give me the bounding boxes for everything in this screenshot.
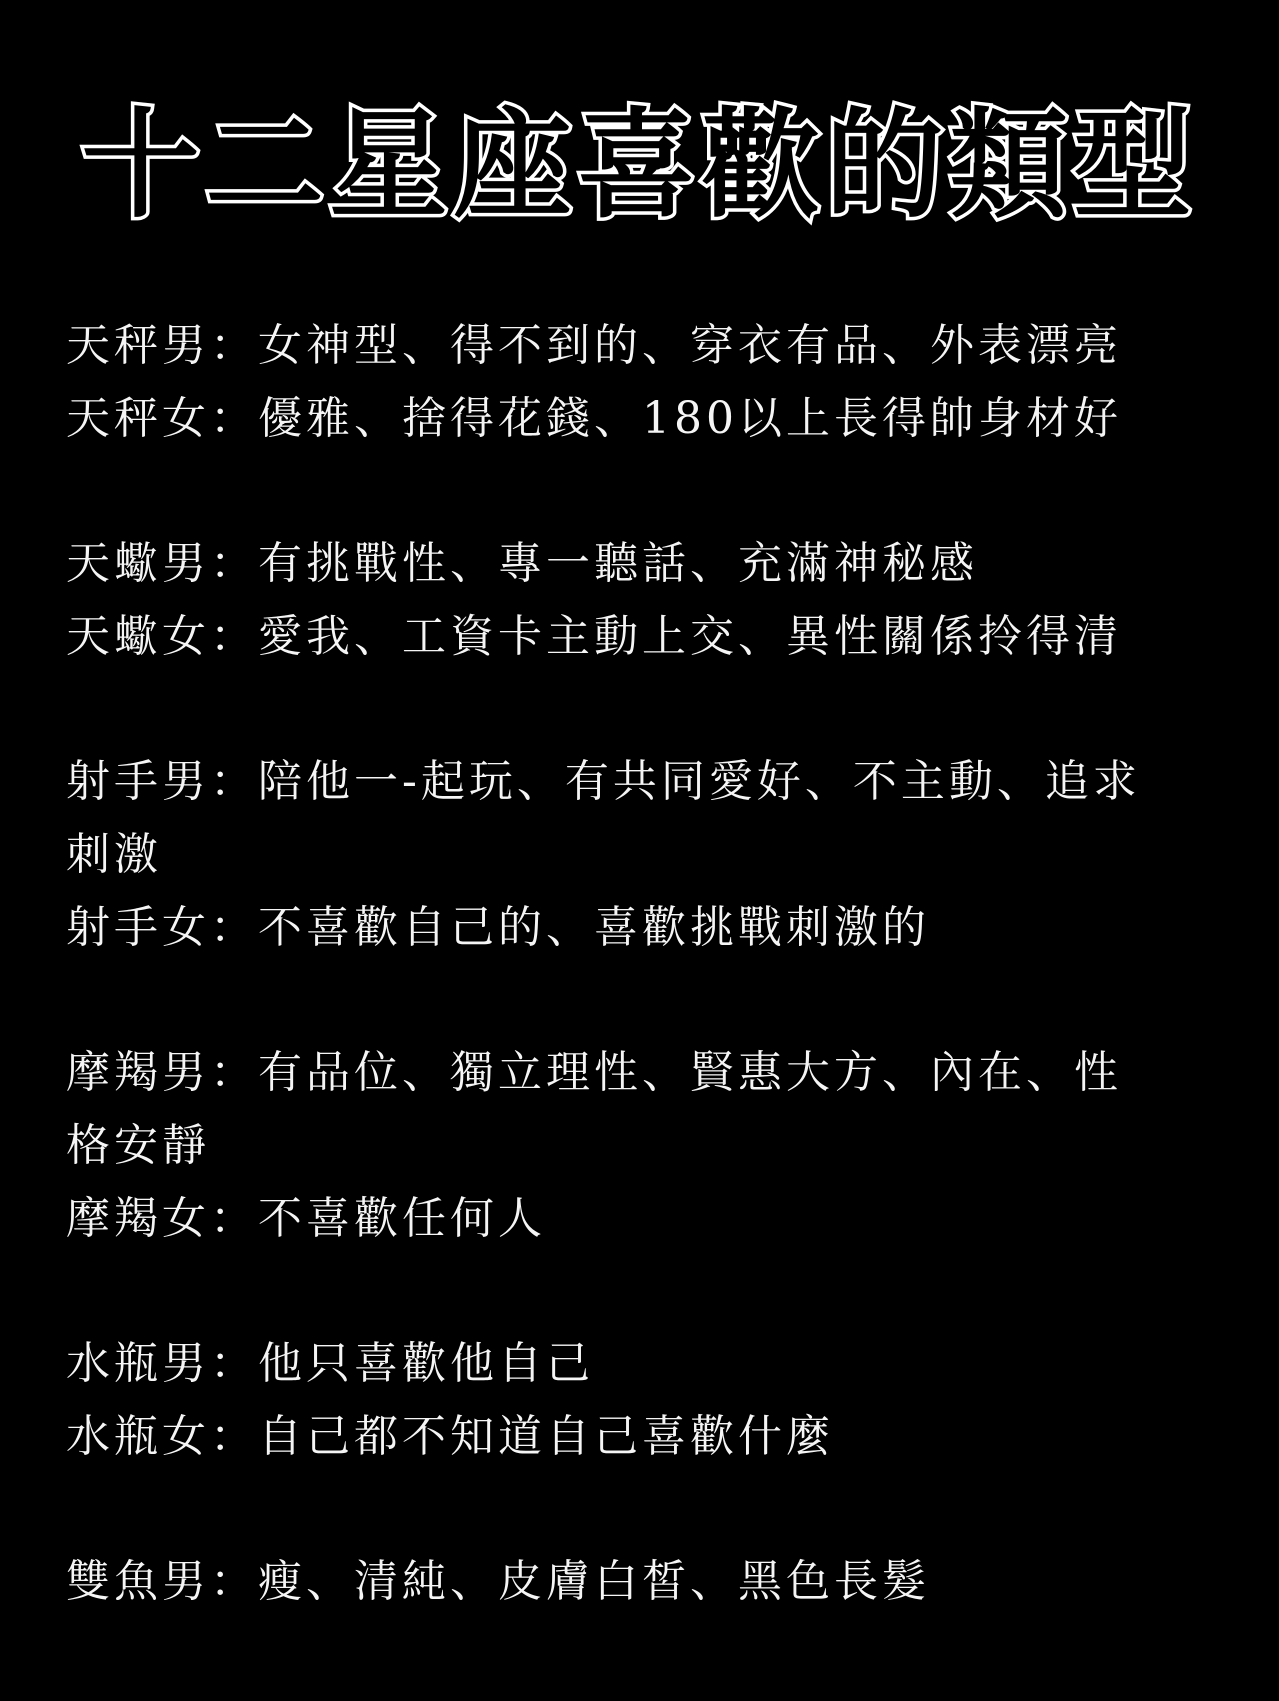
entry-separator: ： — [210, 1338, 258, 1389]
entry-label: 天秤男 — [66, 320, 210, 371]
entry-capricorn-male: 摩羯男：有品位、獨立理性、賢惠大方、內在、性 — [66, 1036, 1236, 1109]
entry-label: 射手男 — [66, 756, 210, 807]
entry-label: 水瓶女 — [66, 1411, 210, 1462]
entry-scorpio-female: 天蠍女：愛我、工資卡主動上交、異性關係拎得清 — [66, 600, 1236, 673]
entry-label: 天蠍女 — [66, 611, 210, 662]
entry-libra-female: 天秤女：優雅、捨得花錢、180以上長得帥身材好 — [66, 382, 1236, 455]
entry-separator: ： — [210, 611, 258, 662]
entry-description: 愛我、工資卡主動上交、異性關係拎得清 — [258, 611, 1122, 662]
entry-sagittarius-female: 射手女：不喜歡自己的、喜歡挑戰刺激的 — [66, 891, 1236, 964]
entry-separator: ： — [210, 393, 258, 444]
entry-description: 有品位、獨立理性、賢惠大方、內在、性 — [258, 1047, 1122, 1098]
entry-description: 不喜歡自己的、喜歡挑戰刺激的 — [258, 902, 930, 953]
entry-description: 自己都不知道自己喜歡什麼 — [258, 1411, 834, 1462]
entry-aquarius-female: 水瓶女：自己都不知道自己喜歡什麼 — [66, 1400, 1236, 1473]
entry-separator: ： — [210, 756, 258, 807]
entry-label: 雙魚男 — [66, 1556, 210, 1607]
entry-label: 摩羯男 — [66, 1047, 210, 1098]
entry-separator: ： — [210, 320, 258, 371]
entry-capricorn-male-continued: 格安靜 — [66, 1109, 1236, 1182]
entry-separator: ： — [210, 1411, 258, 1462]
entry-libra-male: 天秤男：女神型、得不到的、穿衣有品、外表漂亮 — [66, 309, 1236, 382]
entry-separator: ： — [210, 902, 258, 953]
entry-label: 射手女 — [66, 902, 210, 953]
entry-label: 天蠍男 — [66, 538, 210, 589]
entry-description: 優雅、捨得花錢、180以上長得帥身材好 — [258, 393, 1122, 444]
entry-aquarius-male: 水瓶男：他只喜歡他自己 — [66, 1327, 1236, 1400]
entry-description: 瘦、清純、皮膚白皙、黑色長髮 — [258, 1556, 930, 1607]
zodiac-group-aquarius: 水瓶男：他只喜歡他自己 水瓶女：自己都不知道自己喜歡什麼 — [66, 1327, 1236, 1473]
entry-label: 摩羯女 — [66, 1193, 210, 1244]
zodiac-list: 天秤男：女神型、得不到的、穿衣有品、外表漂亮 天秤女：優雅、捨得花錢、180以上… — [66, 309, 1236, 1690]
entry-label: 水瓶男 — [66, 1338, 210, 1389]
entry-pisces-male: 雙魚男：瘦、清純、皮膚白皙、黑色長髮 — [66, 1545, 1236, 1618]
entry-description: 他只喜歡他自己 — [258, 1338, 594, 1389]
entry-capricorn-female: 摩羯女：不喜歡任何人 — [66, 1182, 1236, 1255]
entry-description: 陪他一-起玩、有共同愛好、不主動、追求 — [258, 756, 1141, 807]
entry-separator: ： — [210, 1556, 258, 1607]
zodiac-group-sagittarius: 射手男：陪他一-起玩、有共同愛好、不主動、追求 刺激 射手女：不喜歡自己的、喜歡… — [66, 745, 1236, 964]
entry-description: 女神型、得不到的、穿衣有品、外表漂亮 — [258, 320, 1122, 371]
entry-sagittarius-male-continued: 刺激 — [66, 818, 1236, 891]
entry-description: 有挑戰性、專一聽話、充滿神秘感 — [258, 538, 978, 589]
entry-separator: ： — [210, 1193, 258, 1244]
entry-sagittarius-male: 射手男：陪他一-起玩、有共同愛好、不主動、追求 — [66, 745, 1236, 818]
entry-label: 天秤女 — [66, 393, 210, 444]
entry-scorpio-male: 天蠍男：有挑戰性、專一聽話、充滿神秘感 — [66, 527, 1236, 600]
page-title: 十二星座喜歡的類型 — [0, 100, 1279, 230]
zodiac-group-scorpio: 天蠍男：有挑戰性、專一聽話、充滿神秘感 天蠍女：愛我、工資卡主動上交、異性關係拎… — [66, 527, 1236, 673]
entry-separator: ： — [210, 538, 258, 589]
entry-description: 不喜歡任何人 — [258, 1193, 546, 1244]
entry-separator: ： — [210, 1047, 258, 1098]
zodiac-group-capricorn: 摩羯男：有品位、獨立理性、賢惠大方、內在、性 格安靜 摩羯女：不喜歡任何人 — [66, 1036, 1236, 1255]
zodiac-group-pisces: 雙魚男：瘦、清純、皮膚白皙、黑色長髮 — [66, 1545, 1236, 1618]
zodiac-group-libra: 天秤男：女神型、得不到的、穿衣有品、外表漂亮 天秤女：優雅、捨得花錢、180以上… — [66, 309, 1236, 455]
